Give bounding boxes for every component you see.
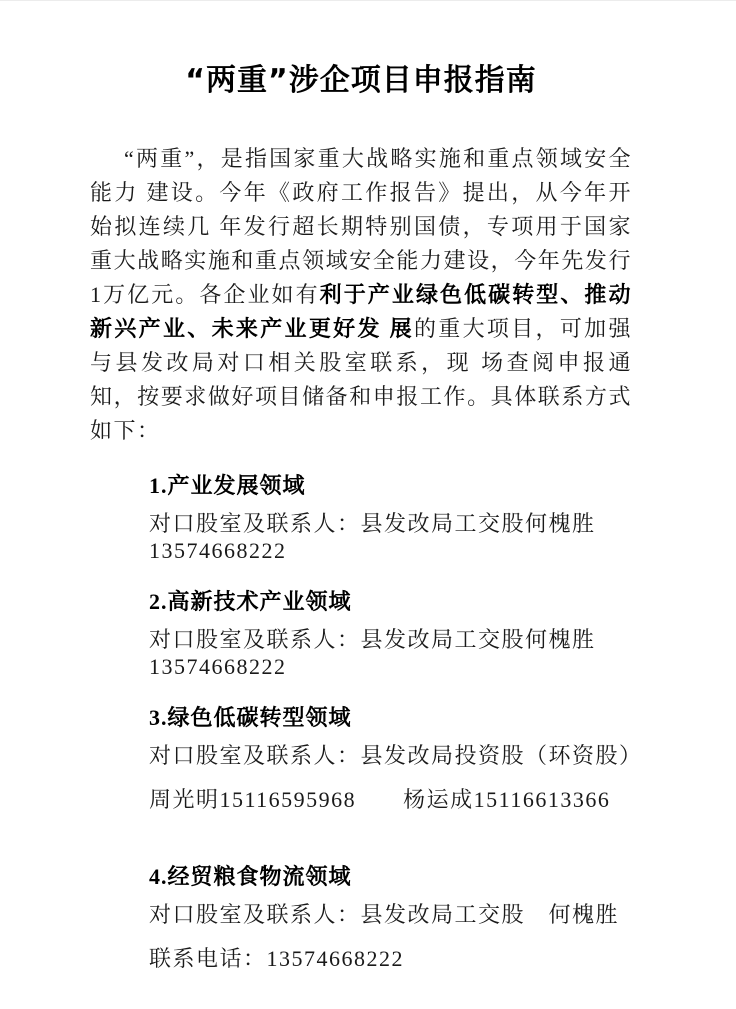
page-title: “两重”涉企项目申报指南 (90, 64, 632, 98)
section-heading: 2.高新技术产业领域 (149, 588, 632, 615)
section-heading: 4.经贸粮食物流领域 (149, 863, 632, 890)
section-high-tech-industry: 2.高新技术产业领域 对口股室及联系人：县发改局工交股何槐胜 135746682… (149, 588, 632, 680)
phone-line: 13574668222 (149, 653, 632, 680)
contact-phones-line: 周光明15116595968 杨运成15116613366 (149, 786, 632, 813)
document-content: “两重”涉企项目申报指南 “两重”，是指国家重大战略实施和重点领域安全能力 建设… (0, 1, 736, 972)
contact-line: 对口股室及联系人：县发改局投资股（环资股） (149, 742, 632, 769)
document-page: “两重”涉企项目申报指南 “两重”，是指国家重大战略实施和重点领域安全能力 建设… (0, 0, 736, 1009)
section-heading: 3.绿色低碳转型领域 (149, 704, 632, 731)
section-green-low-carbon: 3.绿色低碳转型领域 对口股室及联系人：县发改局投资股（环资股） 周光明1511… (149, 704, 632, 813)
section-trade-grain-logistics: 4.经贸粮食物流领域 对口股室及联系人：县发改局工交股 何槐胜 联系电话：135… (149, 863, 632, 972)
contact-sections: 1.产业发展领域 对口股室及联系人：县发改局工交股何槐胜 13574668222… (149, 472, 632, 972)
intro-paragraph: “两重”，是指国家重大战略实施和重点领域安全能力 建设。今年《政府工作报告》提出… (90, 142, 632, 448)
contact-line: 对口股室及联系人：县发改局工交股 何槐胜 (149, 901, 632, 928)
contact-line: 对口股室及联系人：县发改局工交股何槐胜 (149, 626, 632, 653)
phone-line: 13574668222 (149, 537, 632, 564)
section-industry-development: 1.产业发展领域 对口股室及联系人：县发改局工交股何槐胜 13574668222 (149, 472, 632, 564)
contact-line: 对口股室及联系人：县发改局工交股何槐胜 (149, 510, 632, 537)
section-heading: 1.产业发展领域 (149, 472, 632, 499)
phone-line: 联系电话：13574668222 (149, 945, 632, 972)
